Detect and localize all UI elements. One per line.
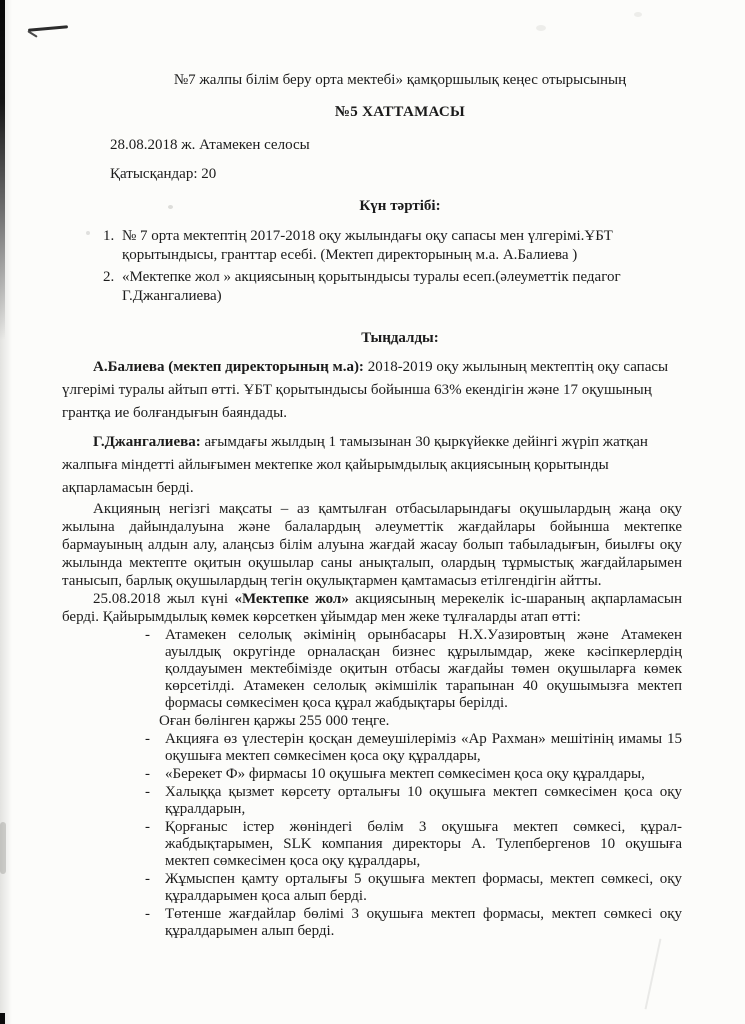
agenda-list: 1. № 7 орта мектептің 2017-2018 оқу жылы… bbox=[62, 227, 682, 306]
donation-item-text: «Берекет Ф» фирмасы 10 оқушыға мектеп сө… bbox=[165, 766, 645, 782]
funds-note: Оған бөлінген қаржы 255 000 теңге. bbox=[62, 713, 682, 730]
speaker-name: Г.Джангалиева: bbox=[93, 434, 201, 450]
donation-item: - Жұмыспен қамту орталығы 5 оқушыға мект… bbox=[62, 871, 682, 905]
dash-bullet: - bbox=[145, 819, 150, 836]
donation-item: - Халыққа қызмет көрсету орталығы 10 оқу… bbox=[62, 784, 682, 818]
event-text-pre: 25.08.2018 жыл күні bbox=[93, 591, 228, 607]
agenda-item-text: «Мектепке жол » акциясының қорытындысы т… bbox=[122, 269, 621, 304]
dash-bullet: - bbox=[145, 731, 150, 748]
paper-crease bbox=[645, 939, 662, 1010]
attendees-line: Қатысқандар: 20 bbox=[62, 165, 682, 183]
speech-paragraph: Г.Джангалиева: ағымдағы жылдың 1 тамызын… bbox=[62, 431, 682, 500]
document-header-line: №7 жалпы білім беру орта мектебі» қамқор… bbox=[62, 71, 682, 90]
event-paragraph: 25.08.2018 жыл күні «Мектепке жол» акция… bbox=[62, 590, 682, 626]
agenda-item-text: № 7 орта мектептің 2017-2018 оқу жылында… bbox=[122, 228, 613, 263]
dash-bullet: - bbox=[145, 766, 150, 783]
event-campaign-name: «Мектепке жол» bbox=[234, 591, 348, 607]
donation-item: - Төтенше жағдайлар бөлімі 3 оқушыға мек… bbox=[62, 906, 682, 940]
aim-paragraph: Акцияның негізгі мақсаты – аз қамтылған … bbox=[62, 500, 682, 590]
agenda-item-number: 1. bbox=[103, 227, 114, 246]
donation-item: - «Берекет Ф» фирмасы 10 оқушыға мектеп … bbox=[62, 766, 682, 783]
agenda-heading: Күн тәртібі: bbox=[62, 197, 682, 215]
speaker-name: А.Балиева (мектеп директорының м.а): bbox=[93, 359, 364, 375]
donation-item: - Атамекен селолық әкімінің орынбасары Н… bbox=[62, 627, 682, 712]
dash-bullet: - bbox=[145, 906, 150, 923]
scan-corner-mark bbox=[0, 1013, 5, 1024]
scan-left-edge bbox=[0, 0, 5, 340]
donation-item: - Қорғаныс істер жөніндегі бөлім 3 оқушы… bbox=[62, 819, 682, 870]
agenda-item-number: 2. bbox=[103, 268, 114, 287]
date-place-line: 28.08.2018 ж. Атамекен селосы bbox=[62, 136, 682, 154]
protocol-title: №5 ХАТТАМАСЫ bbox=[62, 103, 682, 121]
dash-bullet: - bbox=[145, 871, 150, 888]
agenda-item: 1. № 7 орта мектептің 2017-2018 оқу жылы… bbox=[62, 227, 682, 265]
agenda-item: 2. «Мектепке жол » акциясының қорытындыс… bbox=[62, 268, 682, 306]
scan-edge-smudge bbox=[0, 822, 6, 874]
dash-bullet: - bbox=[145, 627, 150, 644]
donation-item-text: Төтенше жағдайлар бөлімі 3 оқушыға мекте… bbox=[165, 906, 682, 939]
speech-paragraph: А.Балиева (мектеп директорының м.а): 201… bbox=[62, 356, 682, 425]
donation-item: - Акцияға өз үлестерін қосқан демеушілер… bbox=[62, 731, 682, 765]
dash-bullet: - bbox=[145, 784, 150, 801]
donation-item-text: Халыққа қызмет көрсету орталығы 10 оқушы… bbox=[165, 784, 682, 817]
donation-item-text: Акцияға өз үлестерін қосқан демеушілерім… bbox=[165, 731, 682, 764]
heard-heading: Тыңдалды: bbox=[62, 329, 682, 347]
donation-item-text: Жұмыспен қамту орталығы 5 оқушыға мектеп… bbox=[165, 871, 682, 904]
donation-item-text: Атамекен селолық әкімінің орынбасары Н.Х… bbox=[165, 627, 682, 711]
donation-list: - Атамекен селолық әкімінің орынбасары Н… bbox=[62, 627, 682, 940]
scanned-protocol-page: №7 жалпы білім беру орта мектебі» қамқор… bbox=[0, 0, 745, 1024]
donation-item-text: Қорғаныс істер жөніндегі бөлім 3 оқушыға… bbox=[165, 819, 682, 869]
document-body: №7 жалпы білім беру орта мектебі» қамқор… bbox=[62, 0, 682, 941]
